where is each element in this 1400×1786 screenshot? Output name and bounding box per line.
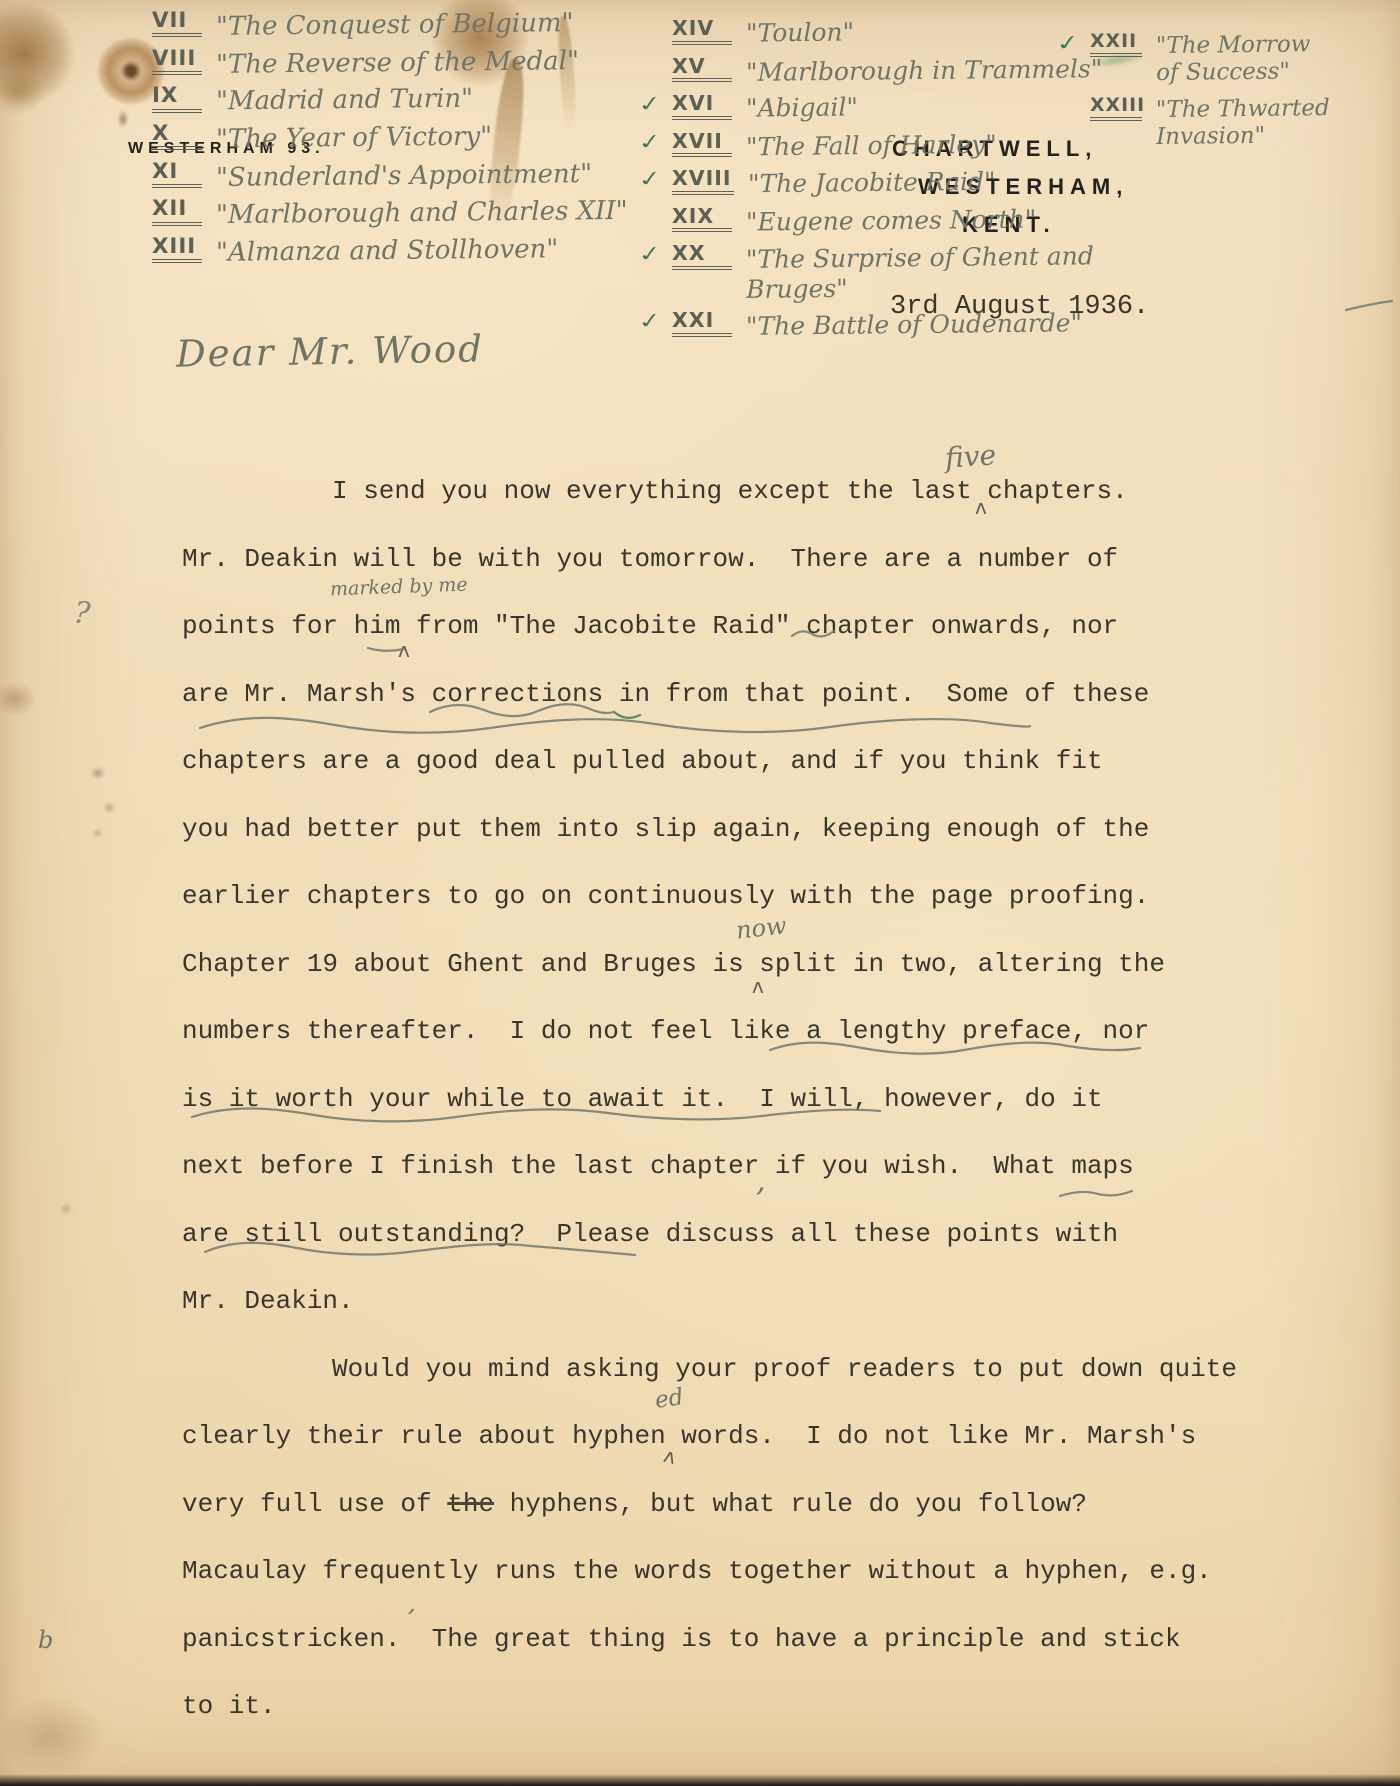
check-icon: ✓ [636, 91, 664, 117]
chapter-numeral: XX [672, 243, 732, 270]
typed-line: Would you mind asking your proof readers… [182, 1336, 1212, 1404]
check-icon: ✓ [636, 166, 664, 192]
chapter-row: XIII"Almanza and Stollhoven" [152, 236, 652, 267]
typed-line: Macaulay frequently runs the words toget… [182, 1538, 1212, 1606]
check-icon: ✓ [636, 128, 664, 154]
chapter-row: XI"Sunderland's Appointment" [152, 161, 652, 192]
chapter-title: "The Fall of Harley" [746, 129, 997, 161]
strike-post: hyphens, but what rule do you follow? [494, 1489, 1087, 1519]
chapter-list-left: VII"The Conquest of Belgium" VIII"The Re… [152, 10, 652, 274]
chapter-title: "Madrid and Turin" [216, 84, 473, 117]
typed-line-with-strike: very full use of the hyphens, but what r… [182, 1471, 1212, 1539]
caret-icon: ʌ [752, 976, 764, 996]
bottom-left-shade [0, 1688, 116, 1784]
chapter-title: "Marlborough and Charles XII" [216, 196, 628, 231]
chapter-title: "Sunderland's Appointment" [216, 159, 592, 194]
chapter-row: XIV"Toulon" [672, 18, 1114, 48]
fastener-drip-stain [116, 108, 130, 130]
chapter-title: "The Conquest of Belgium" [216, 8, 574, 42]
chapter-row: XIX"Eugene comes North" [672, 206, 1114, 236]
chapter-numeral: VIII [152, 48, 202, 75]
chapter-numeral: XI [152, 161, 202, 188]
chapter-numeral: XXIII [1090, 96, 1142, 121]
chapter-numeral: X [152, 123, 202, 150]
typed-line: earlier chapters to go on continuously w… [182, 863, 1212, 931]
typed-line: is it worth your while to await it. I wi… [182, 1066, 1212, 1134]
insert-now: now [735, 911, 788, 944]
chapter-title: "The Reverse of the Medal" [216, 46, 579, 80]
chapter-title: "The Thwarted Invasion" [1156, 95, 1341, 151]
margin-question-mark: ? [72, 595, 92, 631]
left-edge-stain [0, 678, 42, 720]
letter-body: I send you now everything except the las… [182, 458, 1212, 1741]
chapter-numeral: XVI [672, 93, 732, 120]
chapter-row: X"The Year of Victory" [152, 123, 652, 154]
margin-b-mark: b [38, 1626, 53, 1654]
typed-line: are Mr. Marsh's corrections in from that… [182, 661, 1212, 729]
chapter-row: XV"Marlborough in Trammels" [672, 56, 1114, 86]
chapter-list-right: ✓XXII"The Morrow of Success" XXIII"The T… [1090, 32, 1340, 161]
typed-line: clearly their rule about hyphen words. I… [182, 1403, 1212, 1471]
left-margin-speckles [84, 756, 130, 842]
typed-line: numbers thereafter. I do not feel like a… [182, 998, 1212, 1066]
chapter-title: "Abigail" [746, 92, 858, 123]
chapter-row: VIII"The Reverse of the Medal" [152, 48, 652, 79]
chapter-row: ✓XVI"Abigail" [672, 93, 1114, 123]
margin-dash-right [1346, 301, 1392, 310]
chapter-title: "Almanza and Stollhoven" [216, 234, 559, 268]
check-icon: ✓ [636, 241, 664, 267]
corner-stain [0, 0, 90, 120]
corner-stain-2 [0, 64, 54, 122]
letter-date: 3rd August 1936. [890, 292, 1149, 322]
insert-comma: , [756, 1164, 766, 1199]
struck-word: the [447, 1489, 494, 1519]
caret-icon: ʌ [398, 640, 410, 660]
typed-line: chapters are a good deal pulled about, a… [182, 728, 1212, 796]
typed-line: to it. [182, 1673, 1212, 1741]
chapter-title: "Marlborough in Trammels" [746, 54, 1103, 87]
chapter-numeral: XIII [152, 236, 202, 263]
check-icon: ✓ [636, 308, 664, 334]
chapter-row: ✓XXII"The Morrow of Success" [1090, 32, 1340, 86]
chapter-row: IX"Madrid and Turin" [152, 85, 652, 116]
typed-line: you had better put them into slip again,… [182, 796, 1212, 864]
chapter-title: "The Jacobite Raid" [747, 167, 995, 199]
typed-line: are still outstanding? Please discuss al… [182, 1201, 1212, 1269]
small-stain-dot [58, 1202, 74, 1216]
chapter-row: ✓XVIII"The Jacobite Raid" [672, 168, 1114, 198]
photo-bottom-edge [0, 1774, 1400, 1786]
typed-line: points for him from "The Jacobite Raid" … [182, 593, 1212, 661]
chapter-title: "Eugene comes North" [746, 204, 1037, 237]
typed-line: Mr. Deakin. [182, 1268, 1212, 1336]
chapter-numeral: XXI [672, 310, 732, 337]
chapter-numeral: XVII [672, 131, 732, 158]
chapter-numeral: IX [152, 85, 202, 112]
strike-pre: very full use of [182, 1489, 447, 1519]
chapter-numeral: XVIII [672, 168, 734, 195]
typed-line: panicstricken. The great thing is to hav… [182, 1606, 1212, 1674]
chapter-title: "Toulon" [746, 17, 854, 48]
insert-five: five [944, 438, 997, 474]
chapter-row: VII"The Conquest of Belgium" [152, 10, 652, 41]
chapter-numeral: XIV [672, 18, 732, 45]
chapter-title: "The Year of Victory" [216, 122, 492, 156]
chapter-title: "The Morrow of Success" [1156, 31, 1341, 87]
caret-icon: ʌ [975, 497, 987, 517]
chapter-row: XXIII"The Thwarted Invasion" [1090, 96, 1340, 150]
chapter-row: XII"Marlborough and Charles XII" [152, 198, 652, 229]
chapter-numeral: VII [152, 10, 202, 37]
typed-line: I send you now everything except the las… [182, 458, 1212, 526]
insert-ed: ed [653, 1384, 685, 1414]
typed-line: Chapter 19 about Ghent and Bruges is spl… [182, 931, 1212, 999]
chapter-numeral: XIX [672, 206, 732, 233]
chapter-numeral: XII [152, 198, 202, 225]
salutation: Dear Mr. Wood [176, 327, 485, 375]
chapter-numeral: XV [672, 56, 732, 83]
typed-line: next before I finish the last chapter if… [182, 1133, 1212, 1201]
chapter-row: ✓XVII"The Fall of Harley" [672, 131, 1114, 161]
letter-page: WESTERHAM 93. CHARTWELL, WESTERHAM, KENT… [0, 0, 1400, 1786]
chapter-numeral: XXII [1090, 32, 1142, 57]
